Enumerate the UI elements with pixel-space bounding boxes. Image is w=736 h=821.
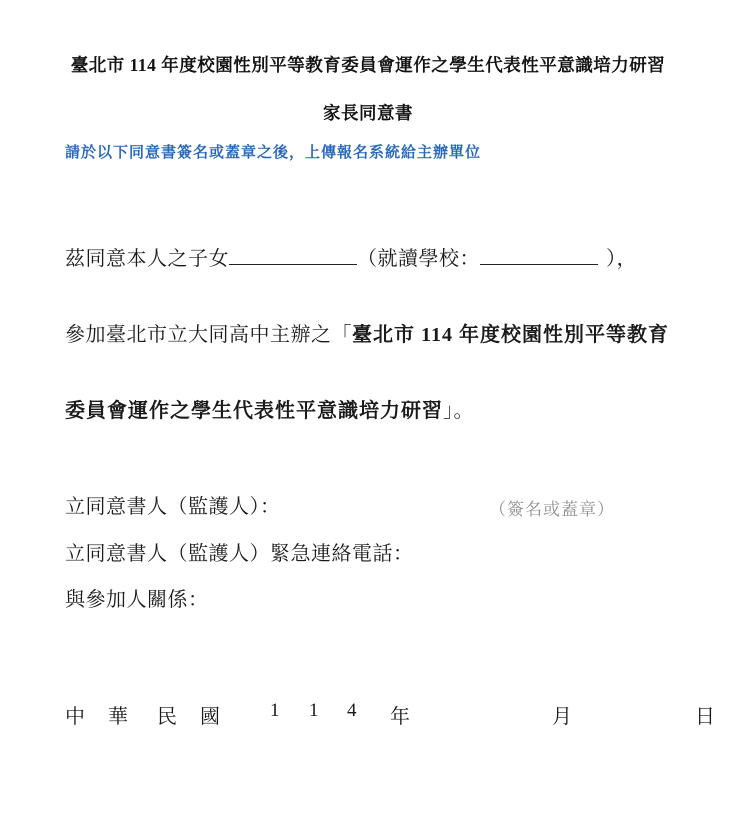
date-month-label: 月 — [552, 700, 572, 729]
document-title: 臺北市 114 年度校園性別平等教育委員會運作之學生代表性平意識培力研習 — [0, 52, 736, 77]
date-char: 華 — [108, 700, 128, 729]
document-subtitle: 家長同意書 — [0, 100, 736, 125]
child-name-blank — [229, 244, 357, 265]
guardian-label: 立同意書人（監護人）： — [65, 496, 281, 518]
sign-or-seal-hint: （簽名或蓋章） — [489, 495, 615, 525]
school-label: （就讀學校： — [357, 248, 480, 270]
participate-suffix: 」。 — [443, 400, 474, 422]
date-char: 中 — [65, 700, 85, 729]
consent-form-document: 臺北市 114 年度校園性別平等教育委員會運作之學生代表性平意識培力研習 家長同… — [0, 0, 736, 821]
date-year-digit: 1 — [309, 700, 319, 722]
date-day-label: 日 — [695, 700, 715, 729]
relation-label: 與參加人關係： — [65, 589, 209, 611]
date-char: 民 — [157, 700, 177, 729]
guardian-phone-line: 立同意書人（監護人）緊急連絡電話： — [65, 539, 705, 586]
signature-block: 立同意書人（監護人）： （簽名或蓋章） 立同意書人（監護人）緊急連絡電話： 與參… — [65, 492, 705, 632]
roc-date-line: 中 華 民 國 1 1 4 年 月 日 — [0, 700, 736, 730]
date-year-digit: 4 — [347, 700, 357, 722]
consent-child-prefix: 茲同意本人之子女 — [65, 248, 229, 270]
date-year-label: 年 — [390, 700, 410, 729]
date-char: 國 — [200, 700, 220, 729]
date-year-digit: 1 — [270, 700, 280, 722]
guardian-signature-line: 立同意書人（監護人）： （簽名或蓋章） — [65, 492, 705, 539]
participate-prefix: 參加臺北市立大同高中主辦之「 — [65, 324, 352, 346]
school-name-blank — [480, 244, 598, 265]
consent-paragraph: 茲同意本人之子女（就讀學校：）， 參加臺北市立大同高中主辦之「臺北市 114 年… — [65, 221, 669, 449]
relation-line: 與參加人關係： — [65, 585, 705, 632]
guardian-phone-label: 立同意書人（監護人）緊急連絡電話： — [65, 543, 414, 565]
school-close: ）， — [606, 248, 637, 270]
upload-instruction-note: 請於以下同意書簽名或蓋章之後，上傳報名系統給主辦單位 — [65, 141, 481, 162]
